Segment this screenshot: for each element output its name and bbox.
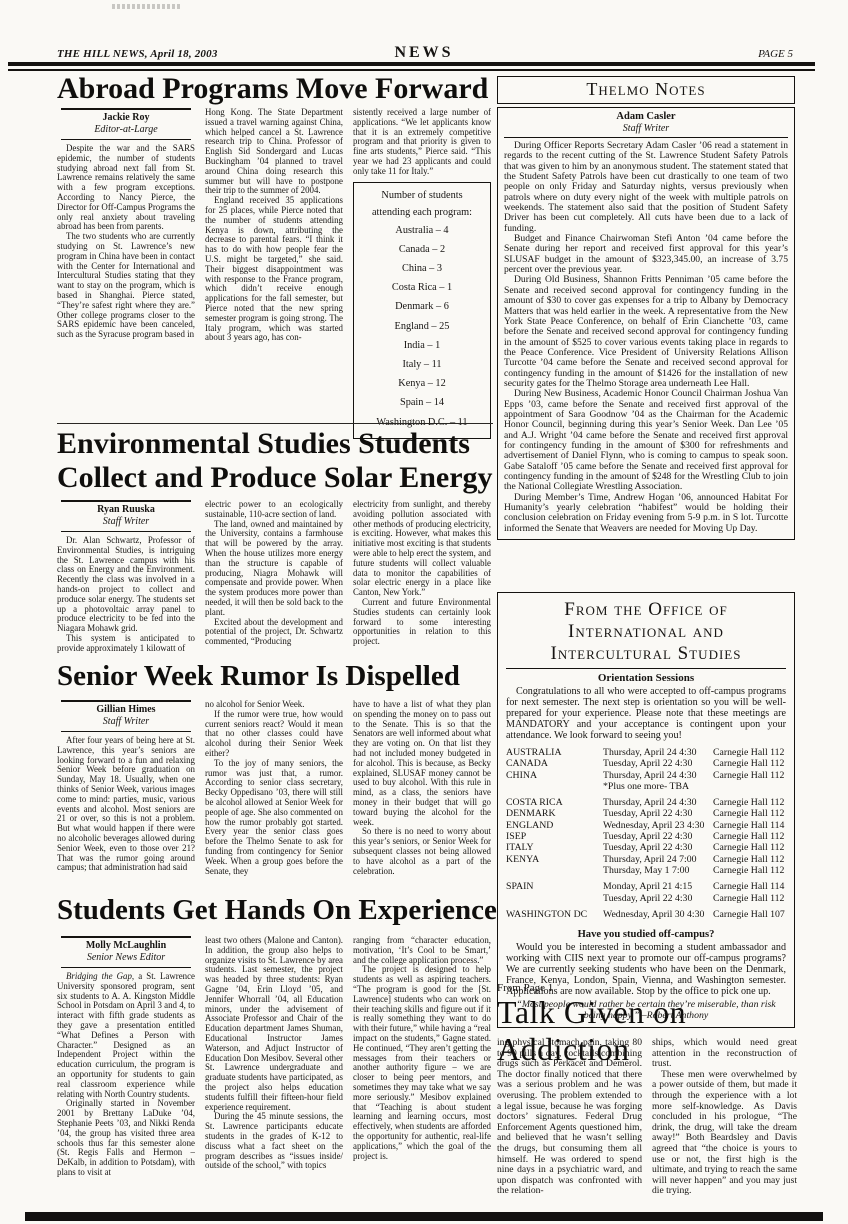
page-bottom-scan-bar (25, 1212, 823, 1221)
paragraph: The two students who are currently study… (57, 232, 195, 340)
schedule-datetime: Tuesday, April 22 4:30 (601, 842, 713, 853)
paragraph: During Old Business, Shannon Fritts Penn… (504, 275, 788, 389)
headline-line-2: Collect and Produce Solar Energy (57, 461, 493, 495)
paragraph: sistently received a large number of app… (353, 108, 491, 177)
paragraph: Bridging the Gap, a St. Lawrence Univers… (57, 972, 195, 1099)
schedule-datetime: Thursday, April 24 7:00 (601, 854, 713, 865)
paragraph: England received 35 applications for 25 … (205, 196, 343, 343)
students-count-table: Number of students attending each progra… (353, 182, 491, 439)
students-table-row: Canada – 2 (356, 240, 488, 259)
schedule-row: SPAINMonday, April 21 4:15Carnegie Hall … (506, 881, 786, 892)
paragraph: After four years of being here at St. La… (57, 736, 195, 873)
schedule-location: Carnegie Hall 112 (713, 770, 786, 781)
environment-column-1: Ryan Ruuska Staff Writer Dr. Alan Schwar… (57, 500, 195, 654)
senior-column-1: Gillian Himes Staff Writer After four ye… (57, 700, 195, 876)
schedule-location: Carnegie Hall 112 (713, 842, 786, 853)
article-environmental-studies: Ryan Ruuska Staff Writer Dr. Alan Schwar… (57, 500, 493, 654)
abroad-column-1: Jackie Roy Editor-at-Large Despite the w… (57, 108, 195, 439)
students-table-row: Australia – 4 (356, 221, 488, 240)
schedule-datetime: Tuesday, April 22 4:30 (601, 808, 713, 819)
paragraph: Excited about the development and potent… (205, 618, 343, 647)
ciis-title: From the Office of International and Int… (506, 599, 786, 665)
paragraph: Current and future Environmental Studies… (353, 598, 491, 647)
byline-name: Jackie Roy (61, 112, 191, 124)
schedule-country: COSTA RICA (506, 797, 601, 808)
masthead-rule-thick (8, 62, 815, 66)
schedule-datetime: Tuesday, April 22 4:30 (601, 893, 713, 904)
article-abroad-programs: Jackie Roy Editor-at-Large Despite the w… (57, 108, 493, 439)
byline-name: Adam Casler (504, 111, 788, 123)
ciis-title-line-1: From the Office of (506, 599, 786, 621)
orientation-schedule-table: AUSTRALIAThursday, April 24 4:30Carnegie… (506, 747, 786, 920)
environment-column-2: electric power to an ecologically sustai… (205, 500, 343, 654)
students-table-row: Denmark – 6 (356, 297, 488, 316)
paragraph: ranging from “character education, motiv… (353, 936, 491, 965)
students-table-row: Costa Rica – 1 (356, 278, 488, 297)
schedule-location: Carnegie Hall 114 (713, 820, 786, 831)
ciis-title-rule (506, 668, 786, 669)
byline-environment: Ryan Ruuska Staff Writer (61, 500, 191, 532)
paragraph: Originally started in November 2001 by B… (57, 1099, 195, 1177)
students-table-row: India – 1 (356, 336, 488, 355)
schedule-location: Carnegie Hall 112 (713, 865, 786, 876)
article-addiction: ing physical stomach pain, taking 80 to … (497, 1038, 797, 1197)
abroad-column-3: sistently received a large number of app… (353, 108, 491, 439)
senior-column-3: have to have a list of what they plan on… (353, 700, 491, 876)
print-smudge (112, 4, 182, 9)
byline-thelmo: Adam Casler Staff Writer (504, 111, 788, 138)
students-table-row: Spain – 14 (356, 393, 488, 412)
schedule-location: Carnegie Hall 112 (713, 747, 786, 758)
schedule-row: CHINAThursday, April 24 4:30Carnegie Hal… (506, 770, 786, 781)
paragraph: These men were overwhelmed by a power ou… (652, 1070, 797, 1197)
paragraph: The project is designed to help students… (353, 965, 491, 1161)
headline-abroad-programs: Abroad Programs Move Forward (57, 72, 488, 106)
byline-title: Editor-at-Large (61, 124, 191, 136)
paragraph: During New Business, Academic Honor Coun… (504, 389, 788, 492)
masthead-section: NEWS (0, 44, 848, 62)
schedule-datetime: Thursday, April 24 4:30 (601, 747, 713, 758)
paragraph: Budget and Finance Chairwoman Stefi Anto… (504, 234, 788, 275)
schedule-datetime: *Plus one more- TBA (601, 781, 713, 792)
ciis-title-line-3: Intercultural Studies (506, 643, 786, 665)
byline-title: Staff Writer (504, 123, 788, 135)
paragraph: least two others (Malone and Canton). In… (205, 936, 343, 1112)
byline-hands-on: Molly McLaughlin Senior News Editor (61, 936, 191, 968)
schedule-datetime: Wednesday, April 23 4:30 (601, 820, 713, 831)
schedule-country: SPAIN (506, 881, 601, 892)
headline-senior-week: Senior Week Rumor Is Dispelled (57, 660, 460, 693)
students-table-title-line1: Number of students (356, 187, 488, 204)
schedule-row: ISEPTuesday, April 22 4:30Carnegie Hall … (506, 831, 786, 842)
newspaper-page: THE HILL NEWS, April 18, 2003 NEWS PAGE … (0, 0, 848, 1224)
paragraph-text: a St. Lawrence University sponsored prog… (57, 971, 195, 1099)
hands-on-column-1: Molly McLaughlin Senior News Editor Brid… (57, 936, 195, 1178)
schedule-location: Carnegie Hall 112 (713, 831, 786, 842)
ciis-intro-paragraph: Congratulations to all who were accepted… (506, 686, 786, 741)
schedule-row: ITALYTuesday, April 22 4:30Carnegie Hall… (506, 842, 786, 853)
schedule-row: AUSTRALIAThursday, April 24 4:30Carnegie… (506, 747, 786, 758)
schedule-datetime: Thursday, April 24 4:30 (601, 770, 713, 781)
schedule-row: ENGLANDWednesday, April 23 4:30Carnegie … (506, 820, 786, 831)
schedule-country: DENMARK (506, 808, 601, 819)
thelmo-title-box: Thelmo Notes (497, 76, 795, 104)
byline-title: Senior News Editor (61, 952, 191, 964)
byline-name: Gillian Himes (61, 704, 191, 716)
students-table-rows: Australia – 4Canada – 2China – 3Costa Ri… (356, 221, 488, 432)
schedule-location: Carnegie Hall 112 (713, 854, 786, 865)
senior-column-2: no alcohol for Senior Week. If the rumor… (205, 700, 343, 876)
ciis-title-line-2: International and (506, 621, 786, 643)
paragraph: During Member’s Time, Andrew Hogan ’06, … (504, 493, 788, 534)
schedule-datetime: Tuesday, April 22 4:30 (601, 831, 713, 842)
paragraph: If the rumor were true, how would curren… (205, 710, 343, 759)
students-table-row: Italy – 11 (356, 355, 488, 374)
schedule-row: KENYAThursday, April 24 7:00Carnegie Hal… (506, 854, 786, 865)
addiction-column-1: ing physical stomach pain, taking 80 to … (497, 1038, 642, 1197)
continued-from-kicker: From Page 1 (497, 982, 553, 994)
schedule-row: DENMARKTuesday, April 22 4:30Carnegie Ha… (506, 808, 786, 819)
ciis-section-title: Orientation Sessions (506, 671, 786, 685)
byline-name: Ryan Ruuska (61, 504, 191, 516)
ciis-announcement-box: From the Office of International and Int… (497, 592, 795, 1028)
ciis-subhead: Have you studied off-campus? (506, 928, 786, 941)
schedule-row: WASHINGTON DCWednesday, April 30 4:30Car… (506, 909, 786, 920)
paragraph: This system is anticipated to provide ap… (57, 634, 195, 654)
schedule-country (506, 781, 601, 792)
environment-column-3: electricity from sunlight, and thereby a… (353, 500, 491, 654)
schedule-location: Carnegie Hall 107 (713, 909, 786, 920)
schedule-country: CHINA (506, 770, 601, 781)
schedule-datetime: Tuesday, April 22 4:30 (601, 758, 713, 769)
students-table-row: China – 3 (356, 259, 488, 278)
schedule-location: Carnegie Hall 112 (713, 758, 786, 769)
byline-name: Molly McLaughlin (61, 940, 191, 952)
schedule-country: KENYA (506, 854, 601, 865)
article-senior-week: Gillian Himes Staff Writer After four ye… (57, 700, 493, 876)
schedule-row: Thursday, May 1 7:00Carnegie Hall 112 (506, 865, 786, 876)
paragraph: During Officer Reports Secretary Adam Ca… (504, 141, 788, 234)
paragraph: ships, which would need great attention … (652, 1038, 797, 1070)
masthead-page-number: PAGE 5 (758, 48, 793, 60)
headline-hands-on: Students Get Hands On Experience (57, 894, 497, 927)
students-table-row: Kenya – 12 (356, 374, 488, 393)
paragraph: Hong Kong. The State Department issued a… (205, 108, 343, 196)
thelmo-body-box: Adam Casler Staff Writer During Officer … (497, 107, 795, 540)
schedule-row: Tuesday, April 22 4:30Carnegie Hall 112 (506, 893, 786, 904)
schedule-datetime: Thursday, April 24 4:30 (601, 797, 713, 808)
schedule-row: *Plus one more- TBA (506, 781, 786, 792)
schedule-country: CANADA (506, 758, 601, 769)
schedule-location: Carnegie Hall 112 (713, 808, 786, 819)
schedule-location: Carnegie Hall 112 (713, 797, 786, 808)
schedule-location: Carnegie Hall 112 (713, 893, 786, 904)
paragraph: Dr. Alan Schwartz, Professor of Environm… (57, 536, 195, 634)
schedule-datetime: Wednesday, April 30 4:30 (601, 909, 713, 920)
abroad-column-2: Hong Kong. The State Department issued a… (205, 108, 343, 439)
article-thelmo-notes: Thelmo Notes Adam Casler Staff Writer Du… (497, 76, 795, 540)
program-name-italic: Bridging the Gap, (66, 971, 134, 981)
article-hands-on: Molly McLaughlin Senior News Editor Brid… (57, 936, 493, 1178)
headline-line-1: Environmental Studies Students (57, 427, 493, 461)
paragraph: electricity from sunlight, and thereby a… (353, 500, 491, 598)
section-divider (57, 423, 493, 424)
schedule-country: ENGLAND (506, 820, 601, 831)
hands-on-column-2: least two others (Malone and Canton). In… (205, 936, 343, 1178)
paragraph: During the 45 minute sessions, the St. L… (205, 1112, 343, 1171)
paragraph: have to have a list of what they plan on… (353, 700, 491, 827)
students-table-title-line2: attending each program: (356, 204, 488, 221)
schedule-country: WASHINGTON DC (506, 909, 601, 920)
schedule-datetime: Thursday, May 1 7:00 (601, 865, 713, 876)
byline-title: Staff Writer (61, 516, 191, 528)
paragraph: To the joy of many seniors, the rumor wa… (205, 759, 343, 877)
schedule-location: Carnegie Hall 114 (713, 881, 786, 892)
byline-title: Staff Writer (61, 716, 191, 728)
byline-senior: Gillian Himes Staff Writer (61, 700, 191, 732)
schedule-country: AUSTRALIA (506, 747, 601, 758)
schedule-datetime: Monday, April 21 4:15 (601, 881, 713, 892)
schedule-country (506, 865, 601, 876)
paragraph: ing physical stomach pain, taking 80 to … (497, 1038, 642, 1197)
paragraph: electric power to an ecologically sustai… (205, 500, 343, 520)
schedule-country: ISEP (506, 831, 601, 842)
paragraph: Despite the war and the SARS epidemic, t… (57, 144, 195, 232)
headline-environmental-studies: Environmental Studies Students Collect a… (57, 427, 493, 495)
schedule-row: COSTA RICAThursday, April 24 4:30Carnegi… (506, 797, 786, 808)
students-table-row: England – 25 (356, 317, 488, 336)
schedule-row: CANADATuesday, April 22 4:30Carnegie Hal… (506, 758, 786, 769)
schedule-country: ITALY (506, 842, 601, 853)
paragraph: The land, owned and maintained by the Un… (205, 520, 343, 618)
hands-on-column-3: ranging from “character education, motiv… (353, 936, 491, 1178)
paragraph: So there is no need to worry about this … (353, 827, 491, 876)
addiction-column-2: ships, which would need great attention … (652, 1038, 797, 1197)
masthead-rule-thin (8, 69, 815, 71)
schedule-country (506, 893, 601, 904)
byline-abroad: Jackie Roy Editor-at-Large (61, 108, 191, 140)
schedule-location (713, 781, 786, 792)
